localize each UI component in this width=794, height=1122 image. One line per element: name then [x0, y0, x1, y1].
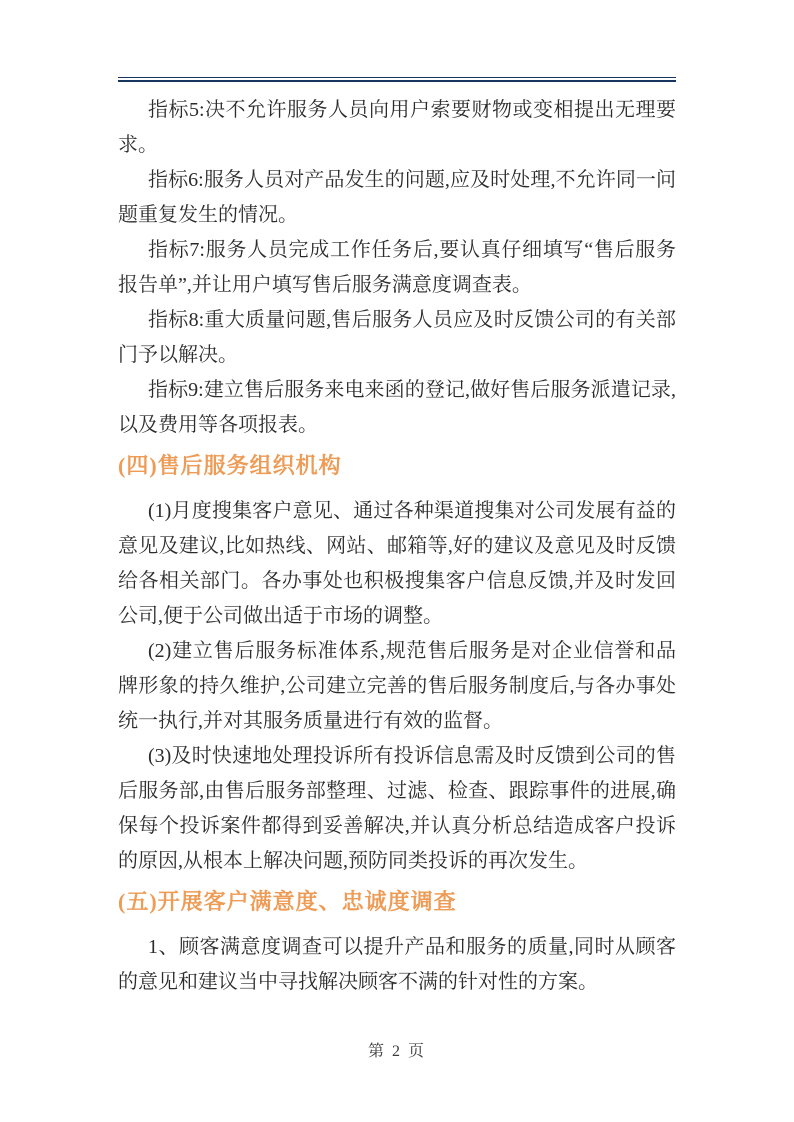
section-heading: (四)售后服务组织机构: [118, 448, 676, 484]
page-number-label: 第 2 页: [368, 1043, 426, 1060]
paragraph: 指标8:重大质量问题,售后服务人员应及时反馈公司的有关部门予以解决。: [118, 303, 676, 373]
paragraph: 指标6:服务人员对产品发生的问题,应及时处理,不允许同一问题重复发生的情况。: [118, 163, 676, 233]
document-page: 指标5:决不允许服务人员向用户索要财物或变相提出无理要求。指标6:服务人员对产品…: [118, 77, 676, 1000]
paragraph: (3)及时快速地处理投诉所有投诉信息需及时反馈到公司的售后服务部,由售后服务部整…: [118, 739, 676, 879]
paragraph: 指标7:服务人员完成工作任务后,要认真仔细填写“售后服务报告单”,并让用户填写售…: [118, 233, 676, 303]
page-footer: 第 2 页: [0, 1038, 794, 1061]
paragraph: (1)月度搜集客户意见、通过各种渠道搜集对公司发展有益的意见及建议,比如热线、网…: [118, 494, 676, 634]
paragraph: 指标9:建立售后服务来电来函的登记,做好售后服务派遣记录,以及费用等各项报表。: [118, 373, 676, 443]
paragraph: (2)建立售后服务标准体系,规范售后服务是对企业信誉和品牌形象的持久维护,公司建…: [118, 634, 676, 739]
document-body: 指标5:决不允许服务人员向用户索要财物或变相提出无理要求。指标6:服务人员对产品…: [118, 82, 676, 1000]
paragraph: 指标5:决不允许服务人员向用户索要财物或变相提出无理要求。: [118, 93, 676, 163]
paragraph: 1、顾客满意度调查可以提升产品和服务的质量,同时从顾客的意见和建议当中寻找解决顾…: [118, 930, 676, 1000]
section-heading: (五)开展客户满意度、忠诚度调查: [118, 884, 676, 920]
